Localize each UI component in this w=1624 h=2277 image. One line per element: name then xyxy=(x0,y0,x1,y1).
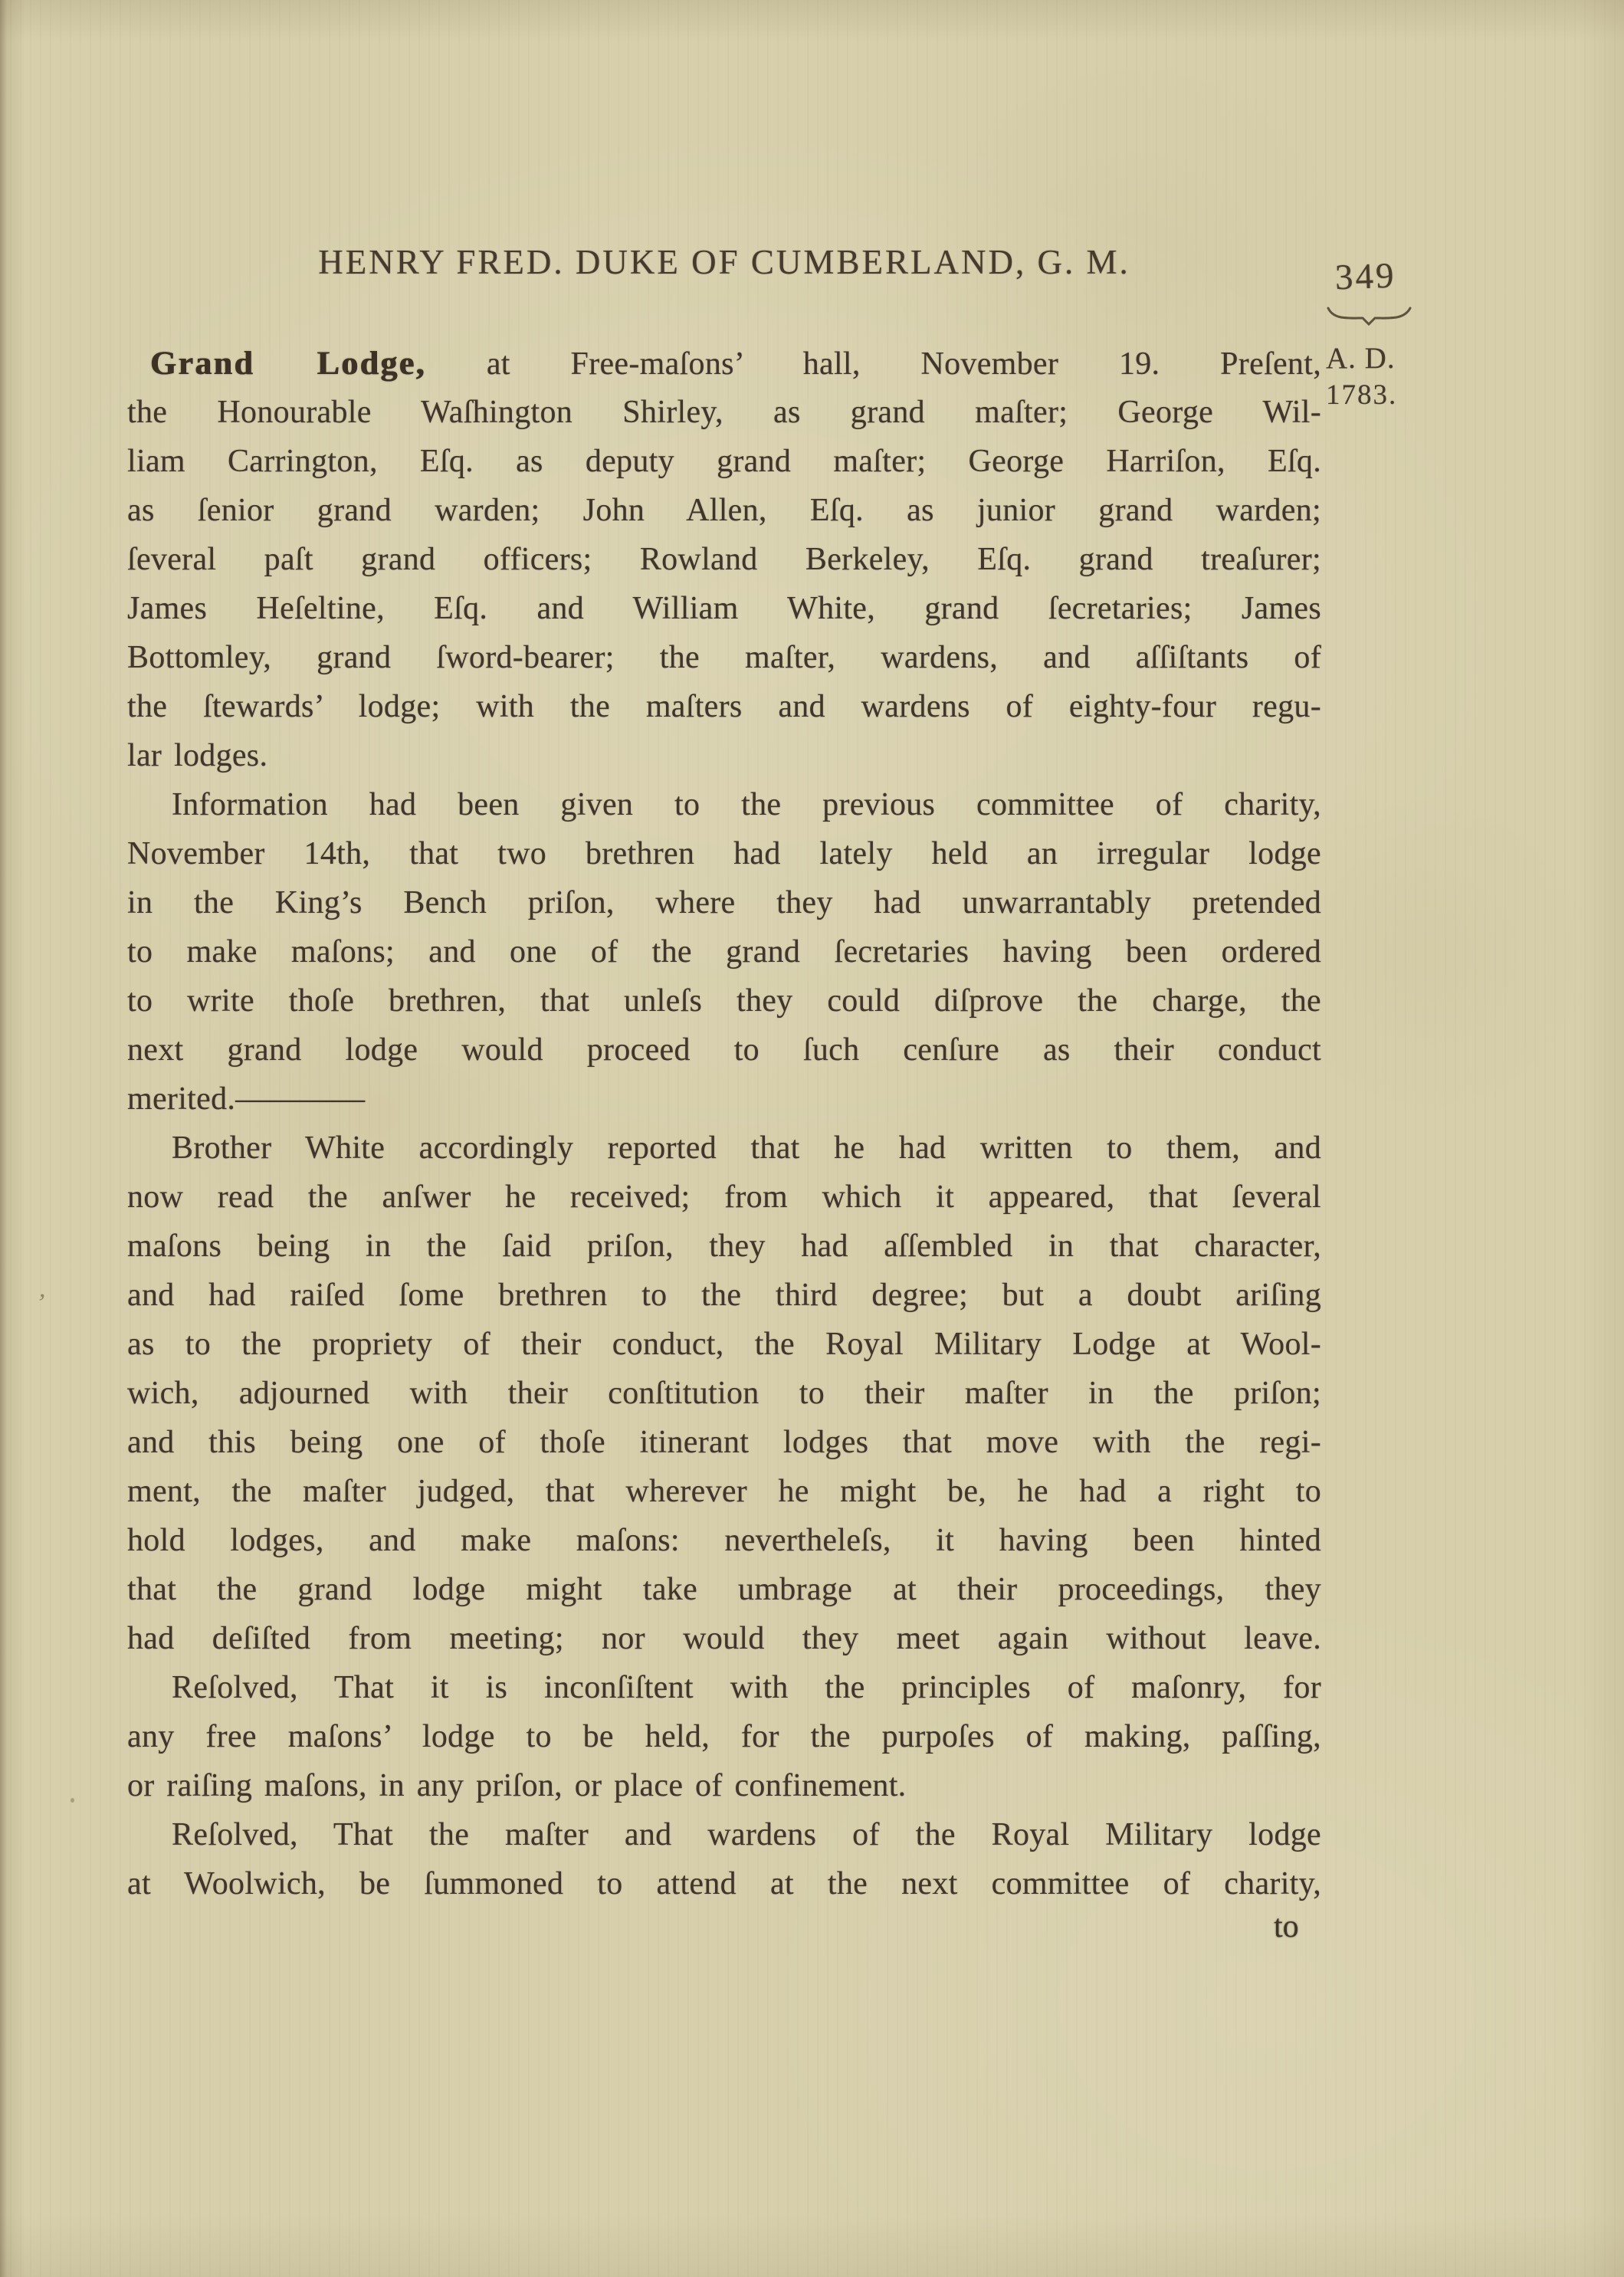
text-line: the ſtewards’ lodge; with the maſters an… xyxy=(127,682,1321,731)
ink-speck xyxy=(71,1798,74,1803)
catchword: to xyxy=(1274,1908,1299,1945)
paragraph: Information had been given to the previo… xyxy=(127,780,1321,1124)
text-line: had deſiſted from meeting; nor would the… xyxy=(127,1614,1321,1663)
text-line: maſons being in the ſaid priſon, they ha… xyxy=(127,1222,1321,1271)
paragraph: Reſolved, That the maſter and wardens of… xyxy=(127,1810,1321,1908)
text-line: and this being one of thoſe itinerant lo… xyxy=(127,1418,1321,1467)
book-page: HENRY FRED. DUKE OF CUMBERLAND, G. M. 34… xyxy=(0,0,1624,2277)
ink-speck: ’ xyxy=(34,1288,48,1318)
ink-speck xyxy=(1076,803,1079,806)
page-number-brace xyxy=(1326,305,1413,328)
blackletter-heading: Grand Lodge, xyxy=(150,345,426,382)
text-line: Grand Lodge, at Free-maſons’ hall, Novem… xyxy=(127,339,1321,388)
text-line: James Heſeltine, Eſq. and William White,… xyxy=(127,584,1321,633)
text-line: to make maſons; and one of the grand ſec… xyxy=(127,927,1321,976)
text-line: the Honourable Waſhington Shirley, as gr… xyxy=(127,388,1321,437)
text-line: Brother White accordingly reported that … xyxy=(127,1124,1321,1173)
text-line: November 14th, that two brethren had lat… xyxy=(127,829,1321,878)
paragraph: Reſolved, That it is inconſiſtent with t… xyxy=(127,1663,1321,1810)
paragraph: Brother White accordingly reported that … xyxy=(127,1124,1321,1663)
text-line: that the grand lodge might take umbrage … xyxy=(127,1565,1321,1614)
running-header: HENRY FRED. DUKE OF CUMBERLAND, G. M. xyxy=(127,242,1321,282)
text-line: Reſolved, That the maſter and wardens of… xyxy=(127,1810,1321,1859)
text-line: ment, the maſter judged, that wherever h… xyxy=(127,1467,1321,1516)
body-text: Grand Lodge, at Free-maſons’ hall, Novem… xyxy=(127,339,1321,1908)
margin-note-year: 1783. xyxy=(1326,377,1397,414)
text-line: to write thoſe brethren, that unleſs the… xyxy=(127,976,1321,1025)
text-line: at Woolwich, be ſummoned to attend at th… xyxy=(127,1859,1321,1908)
text-line: Information had been given to the previo… xyxy=(127,780,1321,829)
text-line: next grand lodge would proceed to ſuch c… xyxy=(127,1025,1321,1075)
text-line: lar lodges. xyxy=(127,731,1321,780)
text-line: Bottomley, grand ſword-bearer; the maſte… xyxy=(127,633,1321,682)
text-line: as to the propriety of their conduct, th… xyxy=(127,1320,1321,1369)
text-line: as ſenior grand warden; John Allen, Eſq.… xyxy=(127,486,1321,535)
text-line: now read the anſwer he received; from wh… xyxy=(127,1173,1321,1222)
text-line: wich, adjourned with their conſtitution … xyxy=(127,1369,1321,1418)
text-line: hold lodges, and make maſons: neverthele… xyxy=(127,1516,1321,1565)
text-line: any free maſons’ lodge to be held, for t… xyxy=(127,1712,1321,1761)
text-line: or raiſing maſons, in any priſon, or pla… xyxy=(127,1761,1321,1810)
text-line: liam Carrington, Eſq. as deputy grand ma… xyxy=(127,437,1321,486)
text-line: merited.———— xyxy=(127,1075,1321,1124)
page-number: 349 xyxy=(1334,255,1396,299)
text-line: ſeveral paſt grand officers; Rowland Ber… xyxy=(127,535,1321,584)
margin-note-ad: A. D. xyxy=(1326,340,1397,377)
paragraph: Grand Lodge, at Free-maſons’ hall, Novem… xyxy=(127,339,1321,780)
text-line: Reſolved, That it is inconſiſtent with t… xyxy=(127,1663,1321,1712)
text-line: in the King’s Bench priſon, where they h… xyxy=(127,878,1321,927)
margin-date-note: A. D. 1783. xyxy=(1326,340,1397,414)
text-line: and had raiſed ſome brethren to the thir… xyxy=(127,1271,1321,1320)
